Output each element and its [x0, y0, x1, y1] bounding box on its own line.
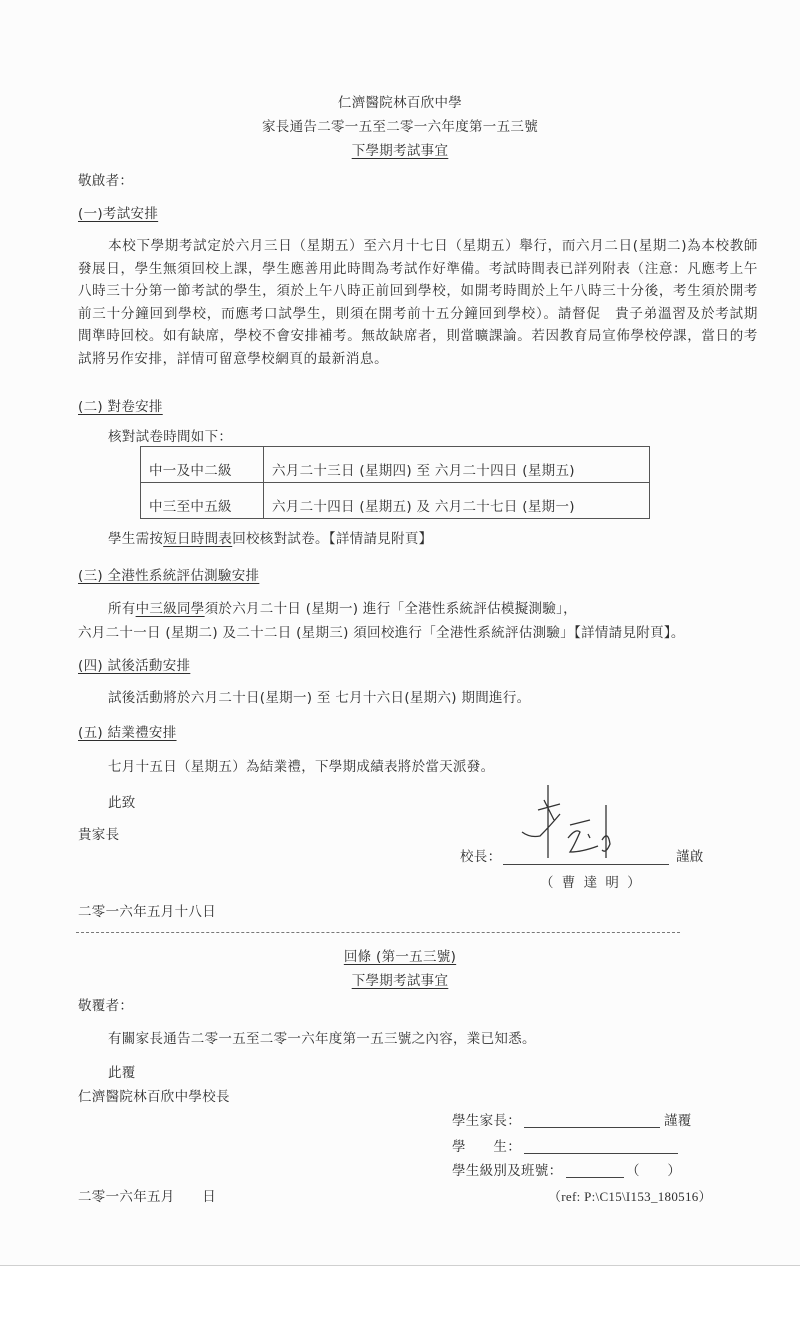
reply-slip-title: 回條 (第一五三號)	[344, 949, 456, 965]
parent-suffix: 謹覆	[664, 1112, 692, 1130]
grade-cell: 中一及中二級	[141, 447, 264, 483]
class-label: 學生級別及班號：	[452, 1162, 562, 1180]
section-3-heading: (三) 全港性系統評估測驗安排	[78, 567, 259, 585]
class-number-field[interactable]: （ ）	[626, 1162, 681, 1180]
recipient-parents: 貴家長	[78, 826, 119, 844]
notice-date: 二零一六年五月十八日	[78, 903, 216, 921]
period-cell: 六月二十三日 (星期四) 至 六月二十四日 (星期五)	[264, 447, 650, 483]
student-name-field[interactable]	[524, 1153, 678, 1154]
section-1-heading: (一)考試安排	[78, 205, 158, 223]
grade-cell: 中三至中五級	[141, 483, 264, 519]
note-prefix: 學生需按	[108, 531, 163, 547]
principal-name: （ 曹 達 明 ）	[540, 874, 643, 892]
principal-signature-line	[503, 864, 669, 865]
reply-slip-subtitle: 下學期考試事宜	[352, 973, 449, 989]
cut-line	[76, 932, 680, 933]
section-1-text: 本校下學期考試定於六月三日（星期五）至六月十七日（星期五）舉行，而六月二日(星期…	[78, 238, 758, 367]
note-suffix: 回校核對試卷。【詳情請見附頁】	[232, 531, 432, 547]
section-3-line-1: 所有中三級同學須於六月二十日 (星期一) 進行「全港性系統評估模擬測驗」，	[108, 600, 577, 618]
section-2-heading: (二) 對卷安排	[78, 398, 163, 416]
parent-label: 學生家長：	[452, 1112, 521, 1130]
section-5-body: 七月十五日（星期五）為結業禮，下學期成績表將於當天派發。	[108, 758, 494, 776]
paper-check-schedule-table: 中一及中二級 六月二十三日 (星期四) 至 六月二十四日 (星期五) 中三至中五…	[140, 446, 650, 519]
school-name: 仁濟醫院林百欣中學	[0, 94, 800, 112]
reply-date: 二零一六年五月 日	[78, 1188, 216, 1206]
salutation: 敬啟者：	[78, 172, 133, 190]
table-row: 中三至中五級 六月二十四日 (星期五) 及 六月二十七日 (星期一)	[141, 483, 650, 519]
s3-students: 中三級同學	[136, 601, 205, 617]
section-2-note: 學生需按短日時間表回校核對試卷。【詳情請見附頁】	[108, 530, 432, 548]
ci-fu: 此覆	[108, 1064, 136, 1082]
notice-number: 家長通告二零一五至二零一六年度第一五三號	[0, 118, 800, 136]
parent-signature-field[interactable]	[524, 1127, 660, 1128]
section-4-body: 試後活動將於六月二十日(星期一) 至 七月十六日(星期六) 期間進行。	[108, 689, 530, 707]
student-label: 學 生：	[452, 1138, 521, 1156]
section-4-heading: (四) 試後活動安排	[78, 657, 190, 675]
principal-suffix: 謹啟	[676, 848, 704, 866]
principal-label: 校長：	[460, 848, 501, 866]
section-1-body: 本校下學期考試定於六月三日（星期五）至六月十七日（星期五）舉行，而六月二日(星期…	[78, 235, 758, 370]
principal-signature	[510, 780, 650, 860]
reply-recipient: 仁濟醫院林百欣中學校長	[78, 1088, 230, 1106]
notice-title: 下學期考試事宜	[352, 143, 449, 159]
section-3-line-2: 六月二十一日 (星期二) 及二十二日 (星期三) 須回校進行「全港性系統評估測驗…	[78, 624, 685, 642]
reference-code: （ref: P:\C15\I153_180516）	[548, 1188, 712, 1206]
class-field[interactable]	[566, 1177, 624, 1178]
line1-prefix: 所有	[108, 601, 136, 617]
short-day-timetable-ref: 短日時間表	[163, 531, 232, 547]
period-cell: 六月二十四日 (星期五) 及 六月二十七日 (星期一)	[264, 483, 650, 519]
line1-suffix: 須於六月二十日 (星期一) 進行「全港性系統評估模擬測驗」，	[205, 601, 577, 617]
notice-page: 仁濟醫院林百欣中學 家長通告二零一五至二零一六年度第一五三號 下學期考試事宜 敬…	[0, 0, 800, 1266]
reply-body: 有關家長通告二零一五至二零一六年度第一五三號之內容，業已知悉。	[108, 1030, 536, 1048]
section-5-heading: (五) 結業禮安排	[78, 724, 177, 742]
reply-salutation: 敬覆者：	[78, 997, 133, 1015]
ci-zhi: 此致	[108, 794, 136, 812]
table-row: 中一及中二級 六月二十三日 (星期四) 至 六月二十四日 (星期五)	[141, 447, 650, 483]
section-2-intro: 核對試卷時間如下：	[108, 428, 232, 446]
